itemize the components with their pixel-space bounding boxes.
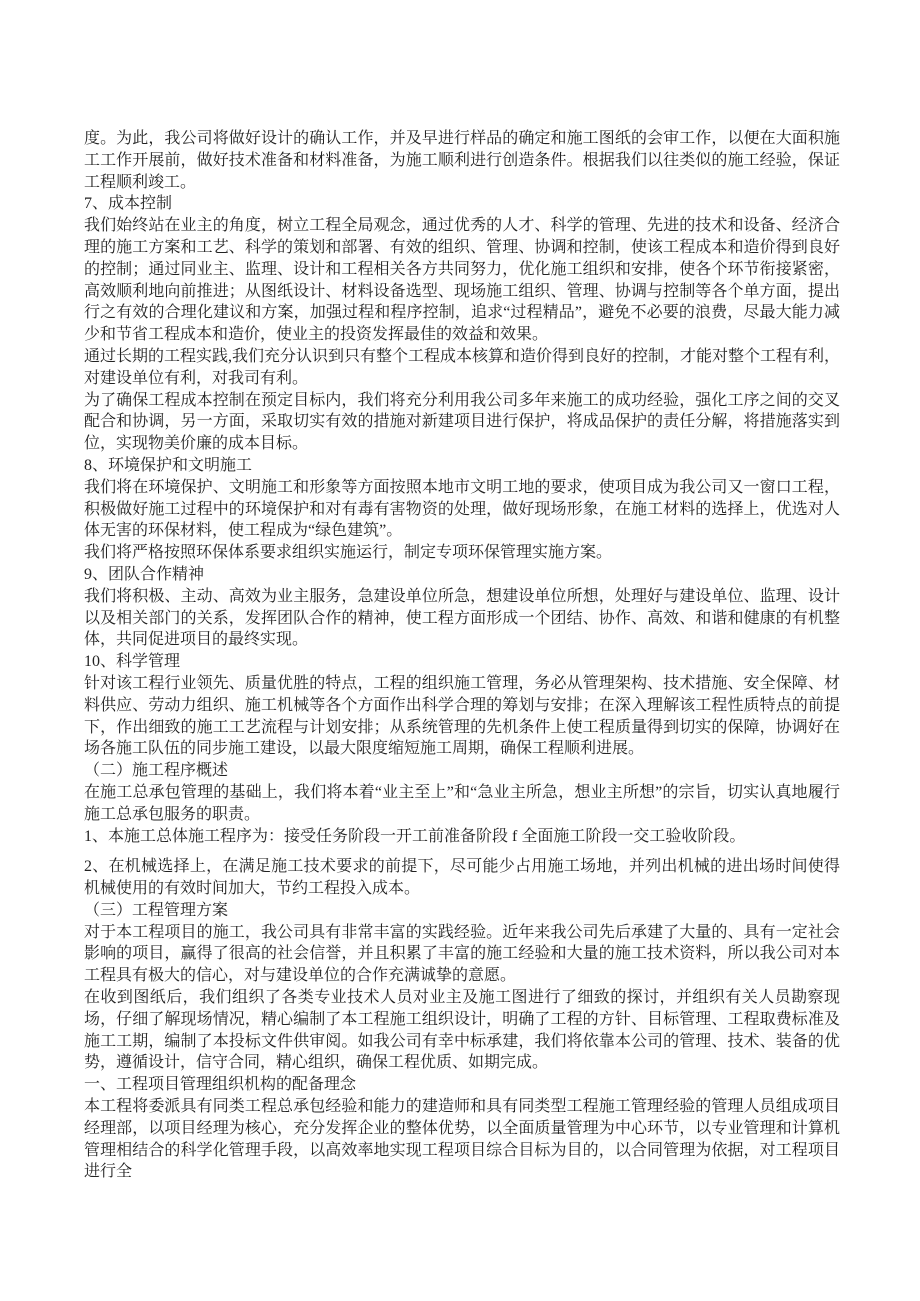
- document-body: 度。为此，我公司将做好设计的确认工作，并及早进行样品的确定和施工图纸的会审工作，…: [84, 128, 840, 1183]
- paragraph: 我们始终站在业主的角度，树立工程全局观念，通过优秀的人才、科学的管理、先进的技术…: [84, 215, 840, 346]
- paragraph: 在收到图纸后，我们组织了各类专业技术人员对业主及施工图进行了细致的探讨，并组织有…: [84, 987, 840, 1074]
- section-heading: 10、科学管理: [84, 651, 840, 673]
- section-heading: 7、成本控制: [84, 193, 840, 215]
- paragraph: 1、本施工总体施工程序为：接受任务阶段一开工前准备阶段 f 全面施工阶段一交工验…: [84, 826, 840, 848]
- section-heading: 一、工程项目管理组织机构的配备理念: [84, 1074, 840, 1096]
- paragraph: 我们将在环境保护、文明施工和形象等方面按照本地市文明工地的要求，使项目成为我公司…: [84, 477, 840, 542]
- paragraph: 针对该工程行业领先、质量优胜的特点，工程的组织施工管理，务必从管理架构、技术措施…: [84, 673, 840, 760]
- paragraph: 在施工总承包管理的基础上，我们将本着“业主至上”和“急业主所急，想业主所想”的宗…: [84, 782, 840, 826]
- paragraph: 本工程将委派具有同类工程总承包经验和能力的建造师和具有同类型工程施工管理经验的管…: [84, 1096, 840, 1183]
- paragraph: 2、在机械选择上，在满足施工技术要求的前提下，尽可能少占用施工场地，并列出机械的…: [84, 856, 840, 900]
- document-page: 度。为此，我公司将做好设计的确认工作，并及早进行样品的确定和施工图纸的会审工作，…: [0, 0, 920, 1301]
- paragraph: 通过长期的工程实践,我们充分认识到只有整个工程成本核算和造价得到良好的控制，才能…: [84, 346, 840, 390]
- paragraph: 我们将积极、主动、高效为业主服务，急建设单位所急，想建设单位所想，处理好与建设单…: [84, 586, 840, 651]
- section-heading: （二）施工程序概述: [84, 760, 840, 782]
- section-heading: （三）工程管理方案: [84, 900, 840, 922]
- section-heading: 8、环境保护和文明施工: [84, 455, 840, 477]
- paragraph: 度。为此，我公司将做好设计的确认工作，并及早进行样品的确定和施工图纸的会审工作，…: [84, 128, 840, 193]
- paragraph: 我们将严格按照环保体系要求组织实施运行，制定专项环保管理实施方案。: [84, 542, 840, 564]
- section-heading: 9、团队合作精神: [84, 564, 840, 586]
- paragraph: 对于本工程项目的施工，我公司具有非常丰富的实践经验。近年来我公司先后承建了大量的…: [84, 922, 840, 987]
- paragraph: 为了确保工程成本控制在预定目标内，我们将充分利用我公司多年来施工的成功经验，强化…: [84, 390, 840, 455]
